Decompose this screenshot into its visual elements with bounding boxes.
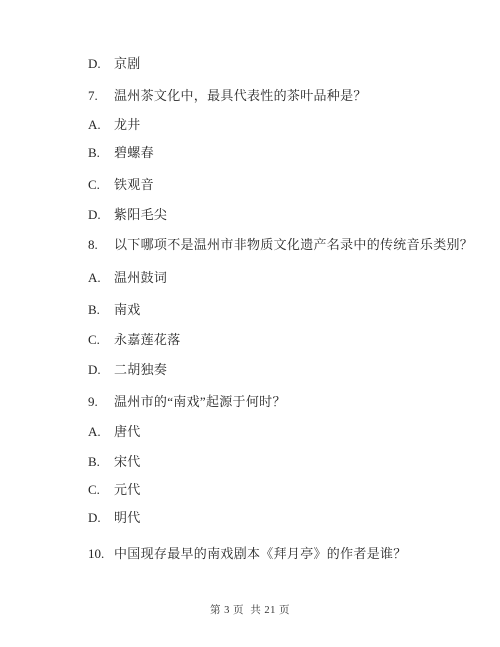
question-6-option-d: D. 京剧 xyxy=(88,57,141,71)
option-marker: B. xyxy=(88,455,114,469)
option-text: 唐代 xyxy=(114,425,141,439)
option-text: 元代 xyxy=(114,483,141,497)
question-number: 9. xyxy=(88,395,114,409)
question-text: 中国现存最早的南戏剧本《拜月亭》的作者是谁？ xyxy=(114,547,407,561)
question-7: 7. 温州茶文化中，最具代表性的茶叶品种是？ xyxy=(88,89,367,103)
question-number: 8. xyxy=(88,238,114,252)
option-text: 龙井 xyxy=(114,118,141,132)
question-9: 9. 温州市的“南戏”起源于何时？ xyxy=(88,395,286,409)
option-marker: D. xyxy=(88,208,114,222)
option-marker: B. xyxy=(88,146,114,160)
option-marker: A. xyxy=(88,425,114,439)
option-marker: D. xyxy=(88,57,114,71)
option-marker: C. xyxy=(88,178,114,192)
option-marker: C. xyxy=(88,483,114,497)
question-9-option-d: D. 明代 xyxy=(88,511,141,525)
option-text: 永嘉莲花落 xyxy=(114,333,181,347)
document-page: D. 京剧 7. 温州茶文化中，最具代表性的茶叶品种是？ A. 龙井 B. 碧螺… xyxy=(0,0,500,647)
option-text: 铁观音 xyxy=(114,178,154,192)
option-text: 碧螺春 xyxy=(114,146,154,160)
option-marker: A. xyxy=(88,118,114,132)
question-number: 7. xyxy=(88,89,114,103)
question-9-option-c: C. 元代 xyxy=(88,483,141,497)
option-text: 二胡独奏 xyxy=(114,363,167,377)
question-8-option-c: C. 永嘉莲花落 xyxy=(88,333,181,347)
question-9-option-a: A. 唐代 xyxy=(88,425,141,439)
option-text: 明代 xyxy=(114,511,141,525)
option-text: 紫阳毛尖 xyxy=(114,208,167,222)
question-text: 温州市的“南戏”起源于何时？ xyxy=(114,395,286,409)
option-text: 京剧 xyxy=(114,57,141,71)
option-text: 南戏 xyxy=(114,303,141,317)
question-text: 温州茶文化中，最具代表性的茶叶品种是？ xyxy=(114,89,367,103)
question-8-option-d: D. 二胡独奏 xyxy=(88,363,167,377)
question-7-option-b: B. 碧螺春 xyxy=(88,146,154,160)
question-8: 8. 以下哪项不是温州市非物质文化遗产名录中的传统音乐类别？ xyxy=(88,238,473,252)
option-marker: D. xyxy=(88,511,114,525)
question-7-option-a: A. 龙井 xyxy=(88,118,141,132)
option-text: 温州鼓词 xyxy=(114,271,167,285)
question-10: 10. 中国现存最早的南戏剧本《拜月亭》的作者是谁？ xyxy=(88,547,407,561)
question-text: 以下哪项不是温州市非物质文化遗产名录中的传统音乐类别？ xyxy=(114,238,473,252)
question-9-option-b: B. 宋代 xyxy=(88,455,141,469)
option-marker: D. xyxy=(88,363,114,377)
question-7-option-d: D. 紫阳毛尖 xyxy=(88,208,167,222)
question-8-option-a: A. 温州鼓词 xyxy=(88,271,167,285)
option-marker: B. xyxy=(88,303,114,317)
question-number: 10. xyxy=(88,547,114,561)
page-footer: 第 3 页 共 21 页 xyxy=(0,604,500,617)
question-7-option-c: C. 铁观音 xyxy=(88,178,154,192)
option-marker: C. xyxy=(88,333,114,347)
question-8-option-b: B. 南戏 xyxy=(88,303,141,317)
option-marker: A. xyxy=(88,271,114,285)
option-text: 宋代 xyxy=(114,455,141,469)
